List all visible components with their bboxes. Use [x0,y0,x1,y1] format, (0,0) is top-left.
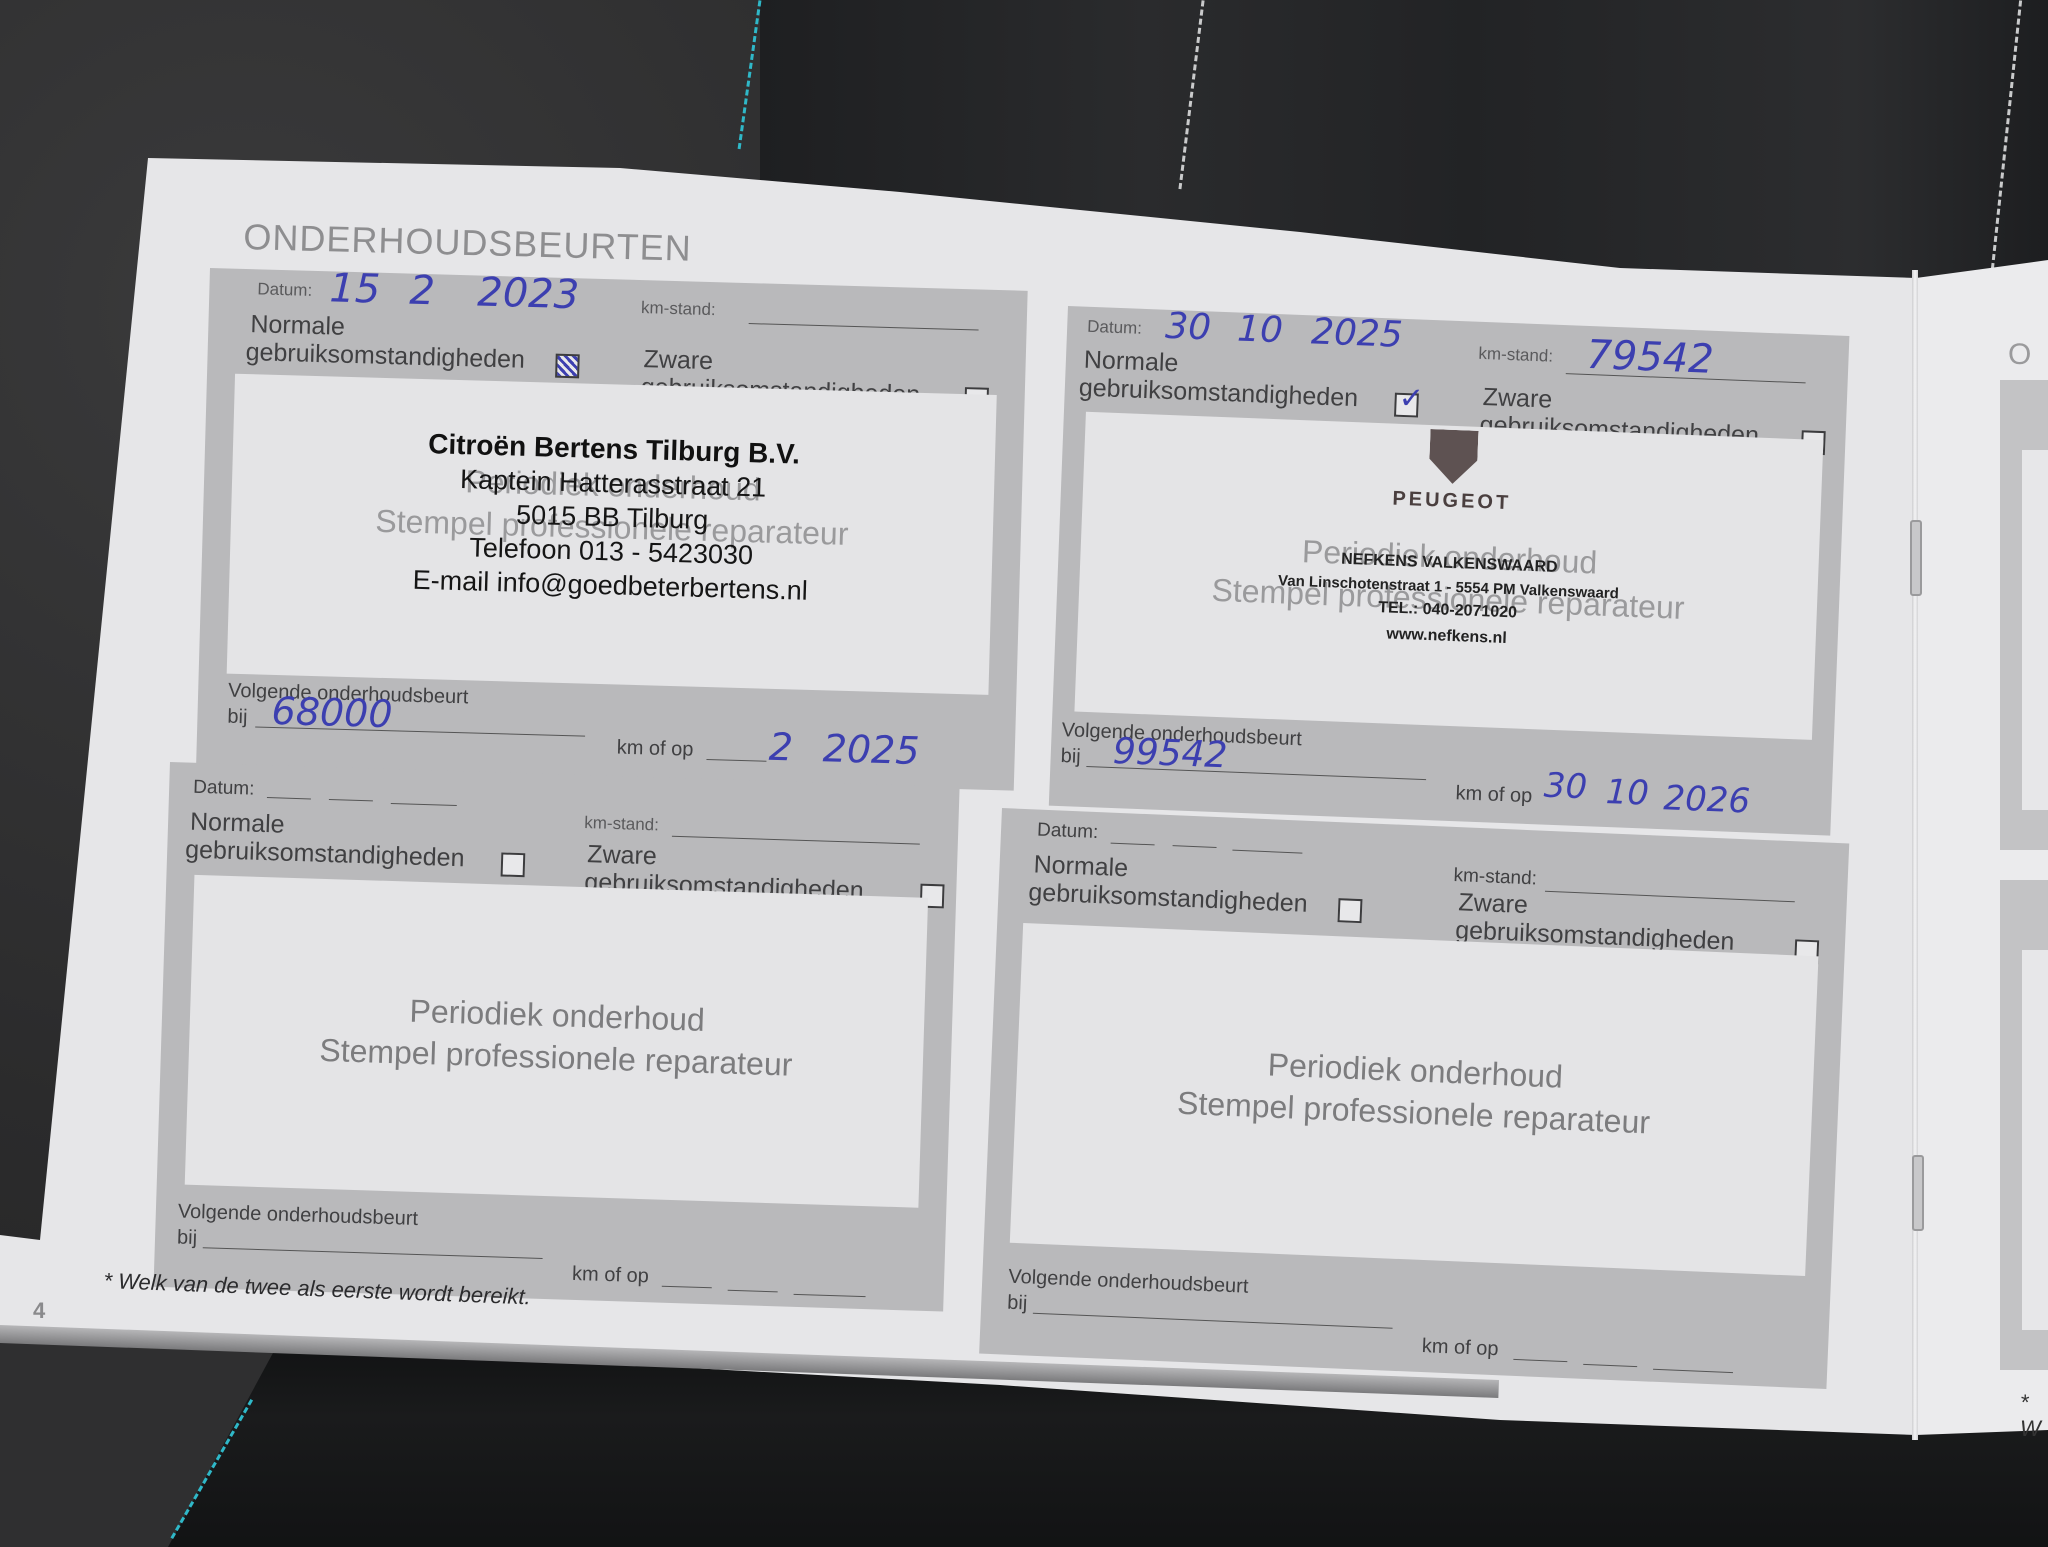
normale-checkbox[interactable] [501,852,526,877]
date-month-field[interactable] [1173,845,1217,848]
right-page-title-fragment: O [2008,338,2031,372]
dealer-stamp-peugeot: PEUGEOT NEFKENS VALKENSWAARD Van Linscho… [1078,416,1824,660]
date-day-field[interactable] [1111,843,1155,846]
km-stand-value[interactable]: 79542 [1586,332,1715,383]
normale-label-2: gebruiksomstandigheden [1078,372,1358,413]
date-month[interactable]: 10 [1236,309,1283,352]
normale-label-2: gebruiksomstandigheden [1028,877,1308,919]
date-label: Datum: [193,777,255,801]
date-year[interactable]: 2025 [1310,311,1403,355]
staple [1912,1155,1924,1231]
km-stand-label: km-stand: [1478,344,1553,367]
entry-card-bottom-left: Datum: km-stand: Normale gebruiksomstand… [154,762,960,1312]
page-number: 4 [33,1298,45,1324]
date-day[interactable]: 30 [1165,306,1212,349]
date-day[interactable]: 15 [329,265,381,312]
next-km-field[interactable] [1033,1313,1393,1329]
date-label: Datum: [1087,317,1143,339]
entry-card-top-left: Datum: 15 2 2023 km-stand: Normale gebru… [196,268,1028,791]
entry-card-bottom-right: Datum: km-stand: Normale gebruiksomstand… [979,808,1849,1389]
date-year-field[interactable] [1232,850,1302,854]
date-month[interactable]: 2 [409,268,436,315]
peugeot-shield-icon [1428,429,1478,485]
entry-card-top-right: Datum: 30 10 2025 km-stand: 79542 Normal… [1049,306,1850,836]
date-month-field[interactable] [329,799,373,801]
next-km-field[interactable] [203,1247,543,1259]
next-km[interactable]: 99542 [1112,731,1228,776]
next-day-field[interactable] [706,759,766,762]
stamp-placeholder: Periodiek onderhoud Stempel professionel… [1015,1033,1814,1150]
date-year-field[interactable] [391,803,457,806]
km-stand-label: km-stand: [584,813,659,835]
booklet-spine [1912,270,1918,1440]
km-stand-field[interactable] [1545,891,1795,902]
normale-label-2: gebruiksomstandigheden [245,337,525,375]
right-page-footnote-fragment: * W [2020,1390,2048,1442]
dealer-stamp-citroen: Citroën Bertens Tilburg B.V. Kaptein Hat… [229,422,995,613]
date-day-field[interactable] [267,797,311,799]
normale-checkbox-checked[interactable]: ✓ [1394,393,1419,418]
stamp-area: Periodiek onderhoud Stempel professionel… [1010,923,1819,1276]
stamp-area: Periodiek onderhoud Stempel professionel… [227,374,997,695]
date-label: Datum: [1037,819,1099,844]
right-page-card [2000,380,2048,850]
date-year[interactable]: 2023 [477,269,580,318]
next-year-field[interactable] [794,1294,866,1297]
next-month[interactable]: 10 [1605,772,1650,814]
stamp-area: Periodiek onderhoud Stempel professionel… [185,875,928,1208]
date-label: Datum: [257,279,312,301]
next-day-field[interactable] [1513,1359,1567,1362]
km-stand-label: km-stand: [641,298,716,320]
maintenance-booklet: ONDERHOUDSBEURTEN Datum: 15 2 2023 km-st… [0,0,2048,1547]
km-stand-field[interactable] [672,836,920,845]
next-year[interactable]: 2025 [822,726,920,773]
right-page-card [2000,880,2048,1370]
km-stand-field[interactable] [749,323,979,330]
next-km[interactable]: 68000 [271,689,393,736]
next-month-field[interactable] [728,1290,778,1293]
zware-label-1: Zware [643,344,713,376]
normale-label-2: gebruiksomstandigheden [185,835,465,874]
next-year-field[interactable] [1653,1369,1733,1373]
next-month[interactable]: 2 [768,725,793,770]
next-day-field[interactable] [662,1286,712,1289]
next-month-field[interactable] [1583,1364,1637,1367]
normale-checkbox[interactable] [1338,898,1363,923]
normale-checkbox-checked[interactable] [555,354,580,379]
next-day[interactable]: 30 [1543,766,1588,808]
stamp-area: Periodiek onderhoud Stempel professionel… [1074,412,1823,740]
next-year[interactable]: 2026 [1663,778,1751,821]
stamp-placeholder: Periodiek onderhoud Stempel professionel… [188,983,924,1090]
staple [1910,520,1922,596]
